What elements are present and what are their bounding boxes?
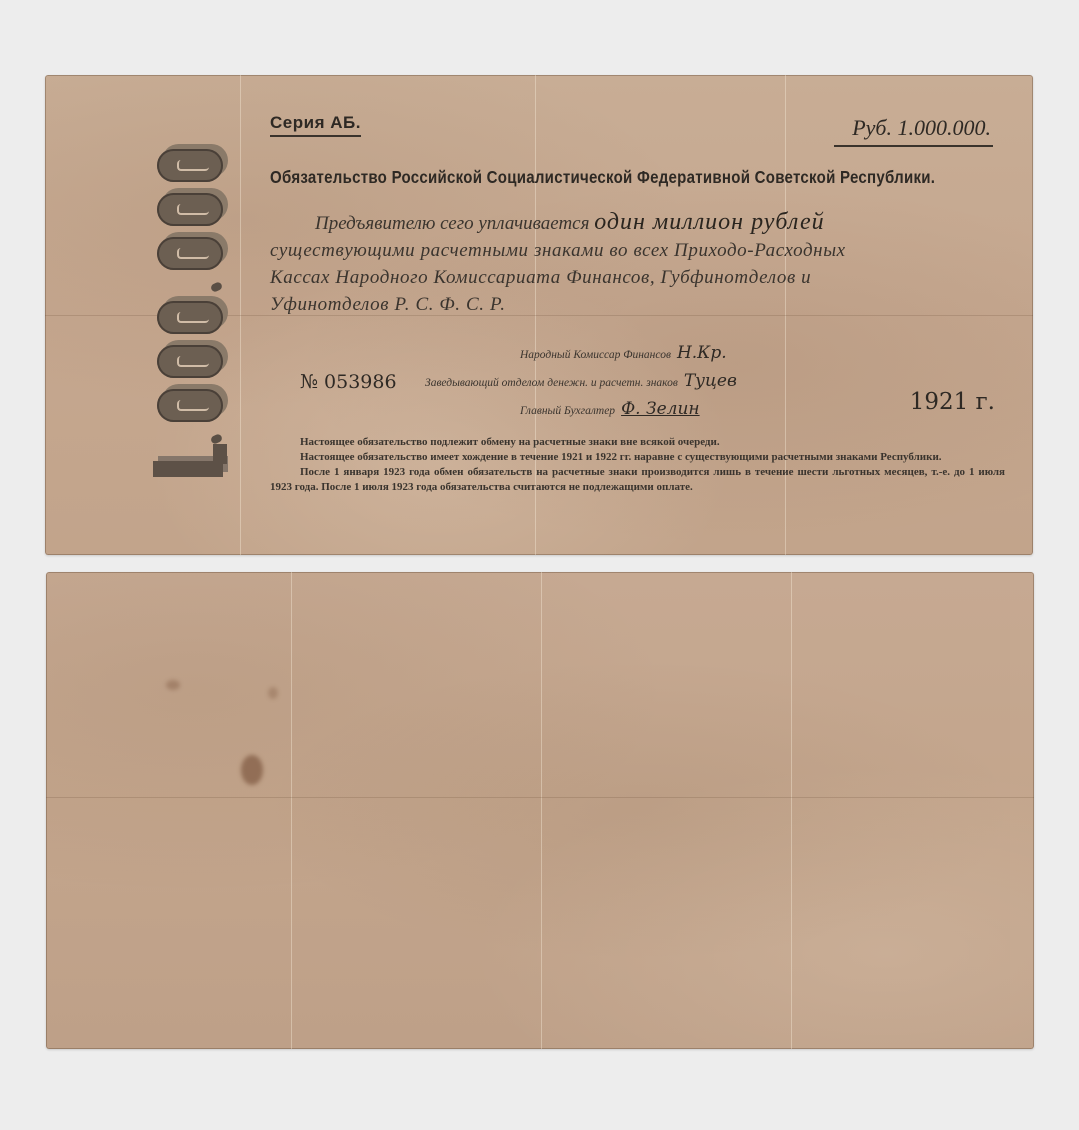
signature-title: Заведывающий отделом денежн. и расчетн. … bbox=[425, 377, 678, 389]
note-title: Обязательство Российской Социалистическо… bbox=[270, 167, 898, 188]
fold-line bbox=[541, 572, 542, 1049]
fine-print-paragraph: Настоящее обязательство имеет хождение в… bbox=[270, 450, 1005, 465]
serial-number: № 053986 bbox=[300, 371, 397, 393]
fine-print-paragraph: После 1 января 1923 года обмен обязатель… bbox=[270, 465, 1005, 495]
payment-text-line: Уфинотделов Р. С. Ф. С. Р. bbox=[270, 291, 1000, 318]
stain bbox=[241, 755, 263, 785]
payment-text: Предъявителю сего уплачивается один милл… bbox=[270, 209, 1000, 318]
signature-title: Главный Бухгалтер bbox=[520, 405, 615, 417]
payment-text-line: существующими расчетными знаками во всех… bbox=[270, 237, 1000, 264]
banknote-front: Серия АБ. Руб. 1.000.000. Обязательство … bbox=[45, 75, 1033, 555]
payment-text-line: Кассах Народного Комиссариата Финансов, … bbox=[270, 264, 1000, 291]
signature: Туцев bbox=[684, 371, 737, 391]
stain bbox=[166, 680, 180, 690]
signature: Ф. Зелин bbox=[621, 399, 700, 419]
denomination-label: Руб. 1.000.000. bbox=[834, 115, 993, 147]
fine-print-paragraph: Настоящее обязательство подлежит обмену … bbox=[270, 435, 1005, 450]
fine-print: Настоящее обязательство подлежит обмену … bbox=[270, 435, 1005, 495]
fold-line bbox=[291, 572, 292, 1049]
series-label: Серия АБ. bbox=[270, 113, 361, 137]
signature: Н.Кр. bbox=[677, 343, 727, 363]
payment-amount-words: один миллион рублей bbox=[594, 209, 824, 235]
signature-title: Народный Комиссар Финансов bbox=[520, 349, 671, 361]
big-denomination-numeral bbox=[153, 143, 235, 495]
issue-year: 1921 г. bbox=[910, 389, 995, 415]
stain bbox=[268, 687, 278, 699]
banknote-back bbox=[46, 572, 1034, 1049]
fold-line bbox=[791, 572, 792, 1049]
signature-row: Заведывающий отделом денежн. и расчетн. … bbox=[425, 371, 737, 391]
signature-row: Народный Комиссар ФинансовН.Кр. bbox=[520, 343, 727, 363]
signature-row: Главный БухгалтерФ. Зелин bbox=[520, 399, 700, 419]
fold-line bbox=[46, 797, 1034, 798]
payment-text-prefix: Предъявителю сего уплачивается bbox=[315, 213, 589, 234]
